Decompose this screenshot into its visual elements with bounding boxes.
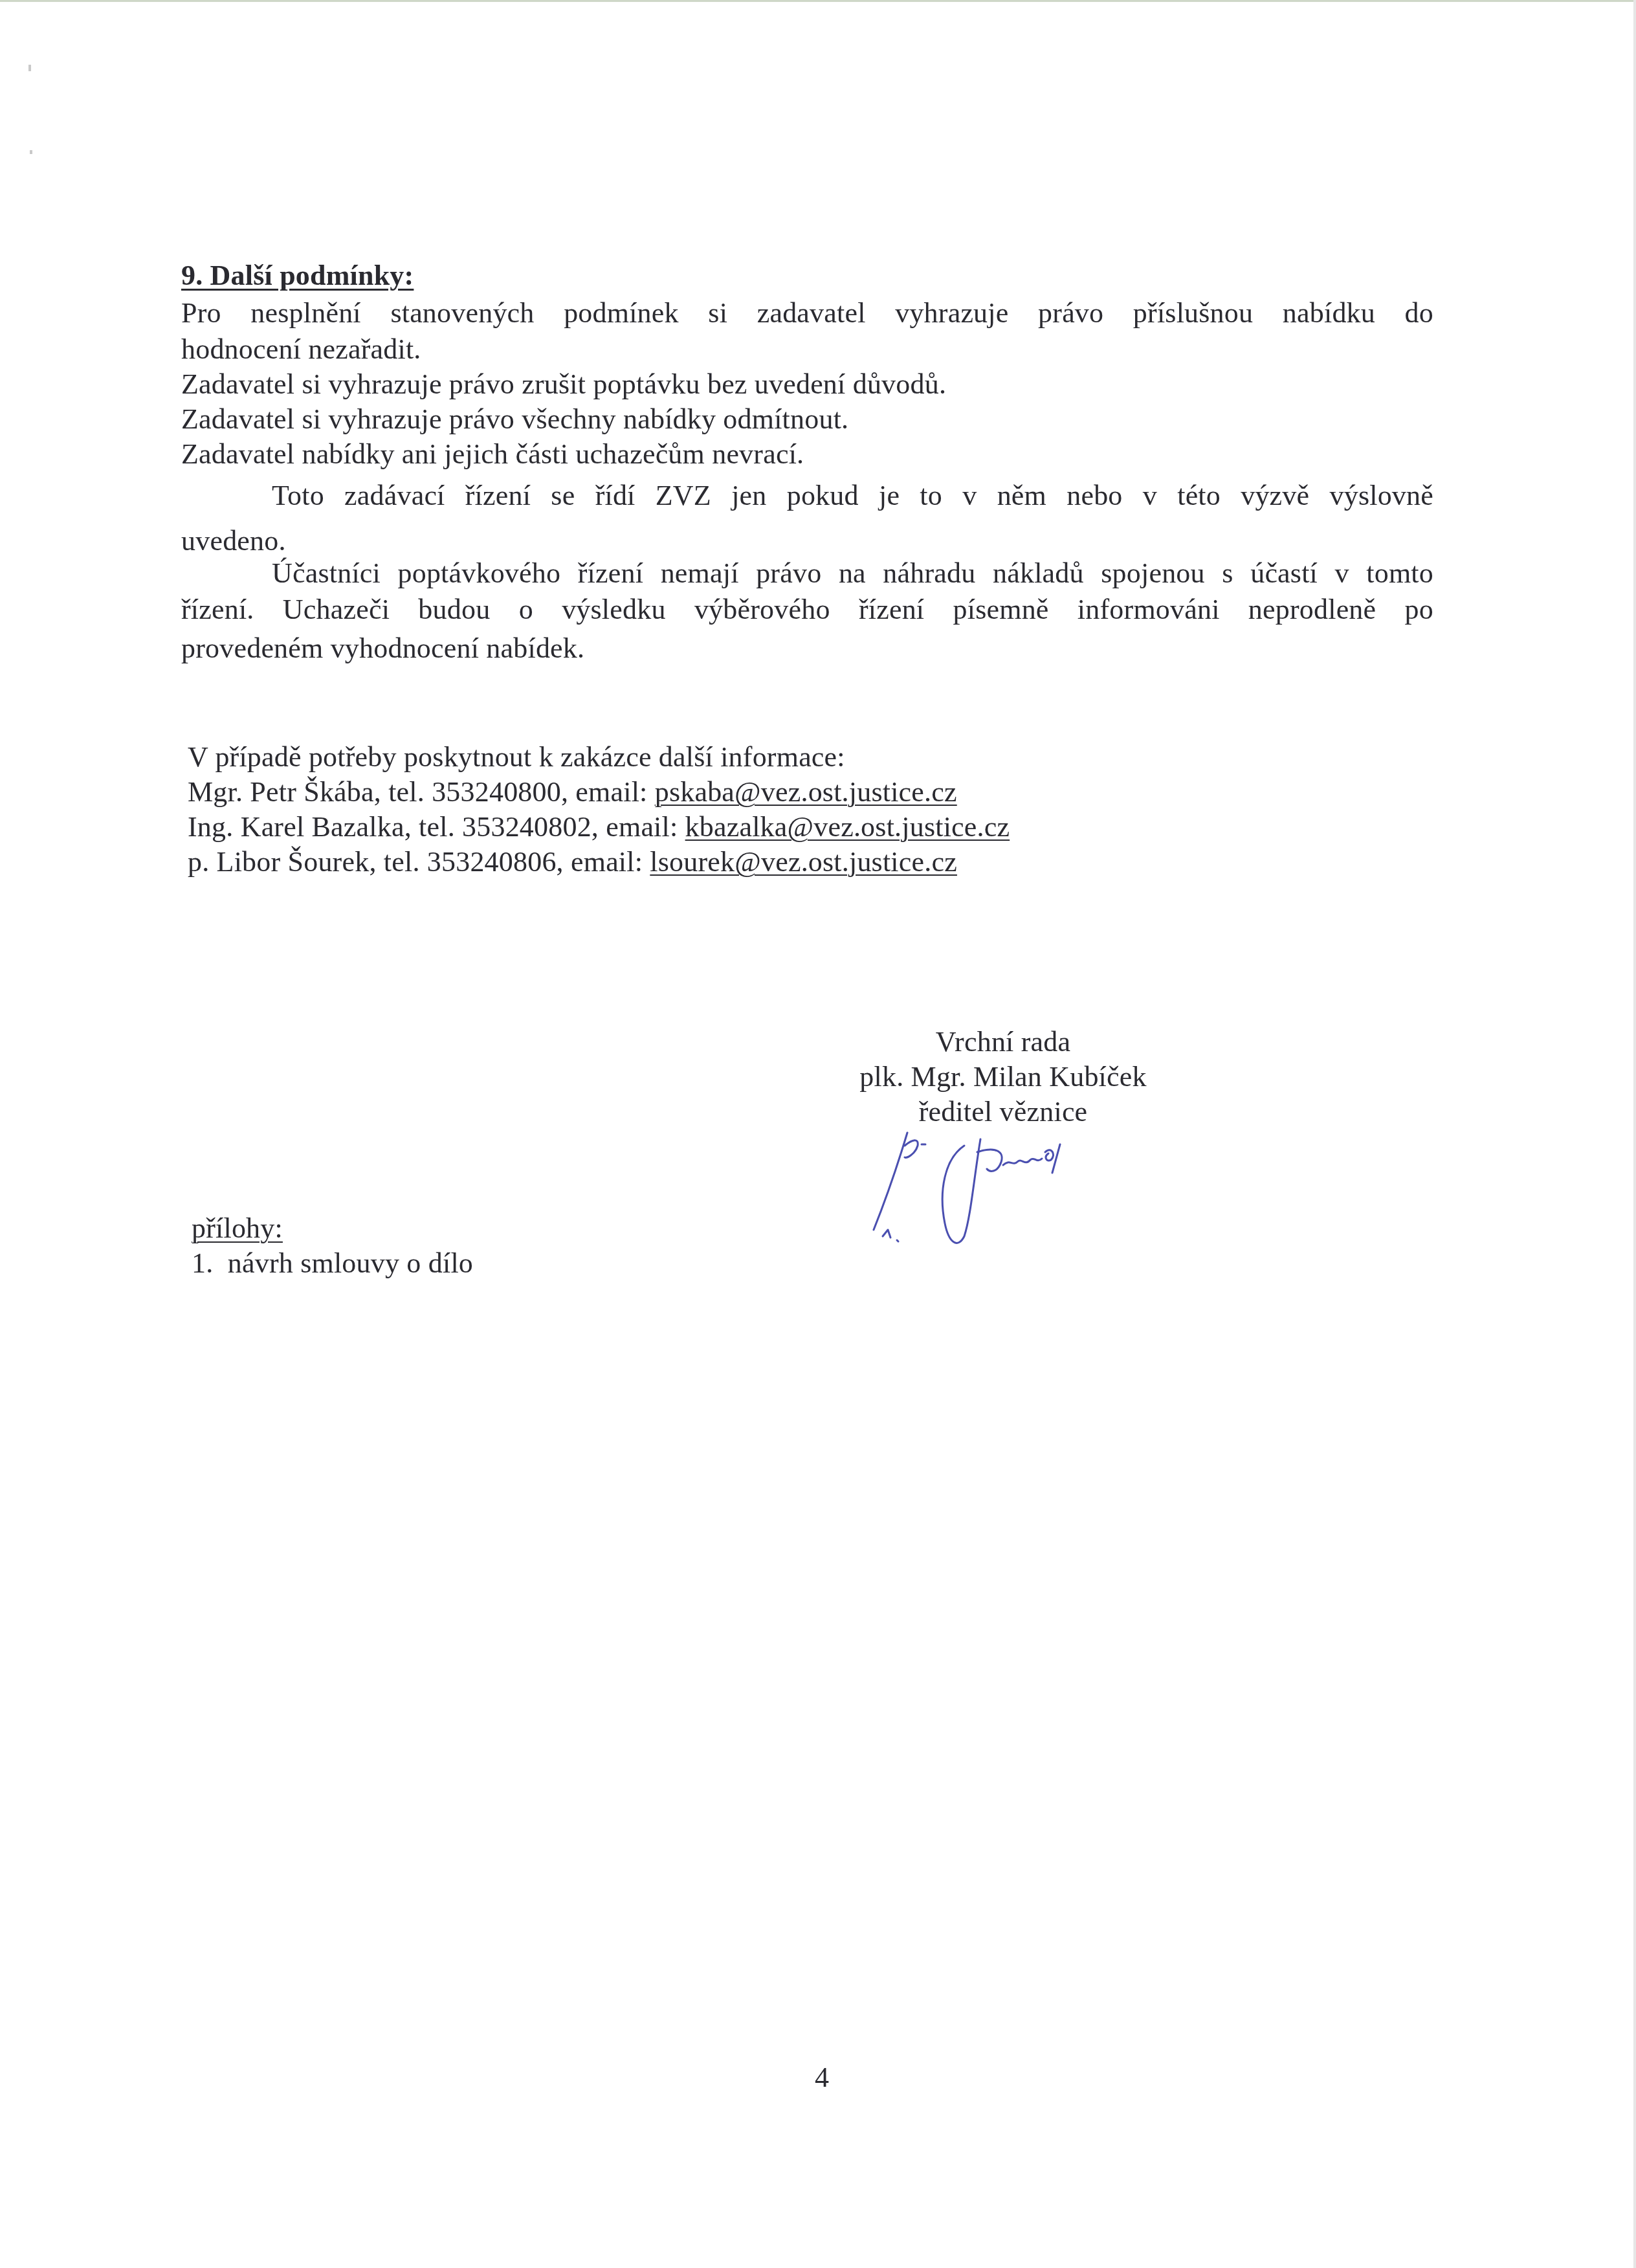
paragraph-line: Pro nesplnění stanovených podmínek si za…: [181, 296, 1433, 330]
paragraph-line: hodnocení nezařadit.: [181, 333, 421, 366]
attachments-label: přílohy:: [192, 1212, 283, 1245]
contact-details: Mgr. Petr Škába, tel. 353240800, email:: [188, 776, 655, 808]
signatory-rank: Vrchní rada: [809, 1025, 1197, 1059]
signatory-title: ředitel věznice: [809, 1095, 1197, 1129]
paragraph-line: Toto zadávací řízení se řídí ZVZ jen pok…: [272, 479, 1433, 513]
signatory-name: plk. Mgr. Milan Kubíček: [809, 1060, 1197, 1094]
paragraph-line: Zadavatel si vyhrazuje právo všechny nab…: [181, 403, 848, 436]
contact-row: Ing. Karel Bazalka, tel. 353240802, emai…: [188, 810, 1010, 844]
handwritten-signature-icon: [867, 1126, 1230, 1256]
email-link[interactable]: pskaba@vez.ost.justice.cz: [655, 776, 957, 808]
page-number: 4: [790, 2061, 854, 2095]
contact-details: Ing. Karel Bazalka, tel. 353240802, emai…: [188, 811, 685, 843]
paragraph-line: uvedeno.: [181, 524, 286, 558]
scan-edge: [0, 0, 1636, 2]
attachment-item: 1. návrh smlouvy o dílo: [192, 1247, 473, 1280]
paragraph-line: řízení. Uchazeči budou o výsledku výběro…: [181, 593, 1433, 627]
scan-speck: [30, 150, 32, 154]
paragraph-line: provedeném vyhodnocení nabídek.: [181, 632, 584, 665]
email-link[interactable]: kbazalka@vez.ost.justice.cz: [685, 811, 1010, 843]
paragraph-line: Účastníci poptávkového řízení nemají prá…: [272, 557, 1433, 590]
paragraph-line: Zadavatel nabídky ani jejich části uchaz…: [181, 438, 804, 471]
contact-row: Mgr. Petr Škába, tel. 353240800, email: …: [188, 775, 957, 809]
scan-edge: [1633, 0, 1636, 2268]
paragraph-line: Zadavatel si vyhrazuje právo zrušit popt…: [181, 368, 946, 401]
contacts-intro: V případě potřeby poskytnout k zakázce d…: [188, 740, 845, 774]
contact-details: p. Libor Šourek, tel. 353240806, email:: [188, 846, 650, 878]
section-heading: 9. Další podmínky:: [181, 259, 414, 293]
contact-row: p. Libor Šourek, tel. 353240806, email: …: [188, 845, 957, 879]
scan-speck: [28, 65, 31, 71]
email-link[interactable]: lsourek@vez.ost.justice.cz: [650, 846, 957, 878]
